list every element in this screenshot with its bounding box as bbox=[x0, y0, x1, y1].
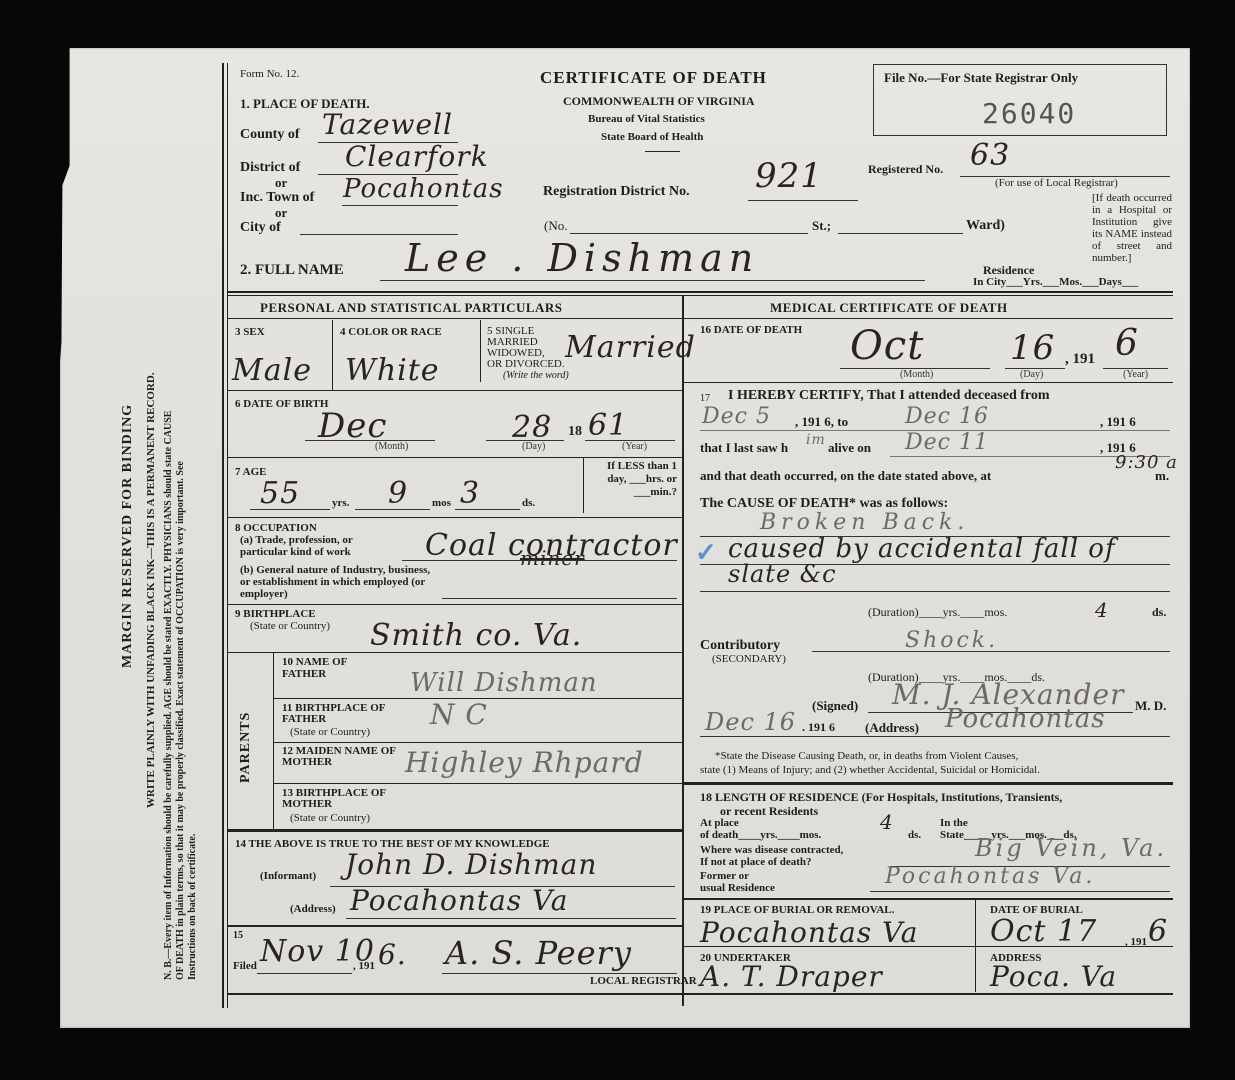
section-divider bbox=[684, 898, 1173, 900]
father-birthplace-sub: (State or Country) bbox=[290, 726, 370, 738]
medical-section-title: MEDICAL CERTIFICATE OF DEATH bbox=[770, 300, 1008, 316]
sex-value: Male bbox=[232, 353, 312, 388]
occupation-line bbox=[402, 560, 677, 561]
filed-label: Filed bbox=[233, 960, 257, 972]
year-caption: (Year) bbox=[1123, 369, 1148, 380]
duration-days: 4 bbox=[1095, 598, 1109, 622]
ds-label: ds. bbox=[522, 497, 535, 509]
street-line bbox=[570, 233, 808, 234]
signed-label: (Signed) bbox=[812, 698, 858, 714]
divider bbox=[228, 318, 682, 319]
father-value: Will Dishman bbox=[410, 668, 598, 698]
burial-place-label: 19 PLACE OF BURIAL OR REMOVAL. bbox=[700, 904, 894, 916]
informant-address-line bbox=[346, 918, 676, 919]
alive-on-label: alive on bbox=[828, 440, 871, 456]
contributory-line bbox=[812, 651, 1170, 652]
certify-statement: I HEREBY CERTIFY, That I attended deceas… bbox=[728, 388, 1050, 404]
length-of-residence-label: 18 LENGTH OF RESIDENCE (For Hospitals, I… bbox=[700, 790, 1062, 805]
birthplace-value: Smith co. Va. bbox=[370, 618, 582, 653]
town-label: Inc. Town of bbox=[240, 190, 314, 206]
margin-nb-line2: OF DEATH in plain terms, so that it may … bbox=[175, 461, 186, 980]
age-days: 3 bbox=[460, 476, 480, 511]
death-certificate: MARGIN RESERVED FOR BINDING WRITE PLAINL… bbox=[60, 48, 1190, 1028]
ward-label: Ward) bbox=[966, 218, 1005, 234]
age-months: 9 bbox=[388, 476, 408, 511]
margin-binding-text: MARGIN RESERVED FOR BINDING bbox=[120, 404, 136, 668]
ward-line bbox=[838, 233, 963, 234]
mother-maiden-name-label: 12 MAIDEN NAME OF MOTHER bbox=[282, 746, 402, 768]
undertaker-address-value: Poca. Va bbox=[990, 960, 1117, 993]
divider bbox=[228, 390, 682, 391]
section-divider bbox=[228, 925, 682, 927]
contributory-label: Contributory bbox=[700, 638, 780, 654]
file-number-value: 26040 bbox=[982, 97, 1076, 130]
mos-label: mos bbox=[432, 497, 451, 509]
md-label: M. D. bbox=[1135, 698, 1166, 714]
section-divider bbox=[228, 829, 682, 832]
reg-district-line bbox=[748, 200, 858, 201]
burial-year: 6 bbox=[1148, 914, 1168, 949]
dob-month-line bbox=[305, 440, 435, 441]
divider bbox=[228, 517, 682, 518]
section-divider bbox=[684, 993, 1173, 995]
cause-of-death-line1: Broken Back. bbox=[760, 510, 969, 535]
date-of-death-label: 16 DATE OF DEATH bbox=[700, 324, 802, 336]
mother-maiden-name-value: Highley Rhpard bbox=[405, 746, 644, 779]
informant-label: (Informant) bbox=[260, 870, 316, 882]
date-of-death-year: 6 bbox=[1115, 323, 1139, 364]
cause-line bbox=[700, 591, 1170, 592]
margin-write-plainly: WRITE PLAINLY WITH UNFADING BLACK INK—TH… bbox=[145, 372, 157, 808]
local-registrar-note: (For use of Local Registrar) bbox=[995, 177, 1118, 189]
occupation-struck-value: miner bbox=[520, 546, 585, 570]
certificate-title: CERTIFICATE OF DEATH bbox=[540, 68, 767, 88]
dob-year: 61 bbox=[588, 408, 628, 443]
full-name-line bbox=[380, 280, 925, 281]
footnote-line1: *State the Disease Causing Death, or, in… bbox=[715, 750, 1018, 762]
district-label: District of bbox=[240, 160, 300, 176]
less-than-day-label: If LESS than 1 day, ___hrs. or ___min.? bbox=[595, 460, 677, 499]
month-caption: (Month) bbox=[900, 369, 933, 380]
county-value: Tazewell bbox=[322, 108, 453, 141]
section-divider bbox=[228, 291, 1173, 293]
town-line bbox=[342, 205, 458, 206]
divider bbox=[228, 604, 682, 605]
filed-year: 6. bbox=[378, 938, 407, 971]
bureau-label: Bureau of Vital Statistics bbox=[588, 113, 705, 125]
district-value: Clearfork bbox=[345, 140, 489, 173]
item-number-17: 17 bbox=[700, 393, 710, 404]
at-place-of-death-label: At place of death____yrs.____mos. bbox=[700, 817, 821, 841]
divider bbox=[684, 946, 1173, 947]
contributory-value: Shock. bbox=[905, 628, 998, 653]
section-divider bbox=[228, 993, 682, 995]
section-divider bbox=[684, 782, 1173, 785]
occupation-label: 8 OCCUPATION bbox=[235, 522, 317, 534]
divider bbox=[273, 742, 682, 743]
divider bbox=[684, 318, 1173, 319]
former-residence-line bbox=[870, 891, 1170, 892]
local-registrar-label: LOCAL REGISTRAR bbox=[590, 975, 697, 987]
personal-section-title: PERSONAL AND STATISTICAL PARTICULARS bbox=[260, 300, 563, 316]
file-number-label: File No.—For State Registrar Only bbox=[884, 70, 1078, 86]
form-number: Form No. 12. bbox=[240, 68, 299, 80]
divider bbox=[228, 457, 682, 458]
birthplace-label: 9 BIRTHPLACE bbox=[235, 608, 316, 620]
reg-district-value: 921 bbox=[755, 156, 823, 196]
item-number-15: 15 bbox=[233, 930, 243, 941]
duration-label: (Duration)____yrs.____mos. bbox=[868, 605, 1007, 620]
or-label: or bbox=[275, 175, 287, 191]
age-years: 55 bbox=[260, 476, 300, 511]
father-birthplace-label: 11 BIRTHPLACE OF FATHER bbox=[282, 703, 402, 725]
race-label: 4 COLOR OR RACE bbox=[340, 326, 442, 338]
residence-detail: In City___Yrs.___Mos.___Days___ bbox=[973, 276, 1138, 288]
physician-address-value: Pocahontas bbox=[945, 704, 1106, 734]
age-days-line bbox=[455, 509, 520, 510]
attended-from-year: , 191 6, to bbox=[795, 414, 848, 430]
sex-label: 3 SEX bbox=[235, 326, 265, 338]
ds-label: ds. bbox=[908, 829, 921, 841]
city-line bbox=[300, 234, 458, 235]
board-label: State Board of Health bbox=[601, 131, 703, 143]
disease-contracted-label: Where was disease contracted, If not at … bbox=[700, 844, 843, 868]
border-left-inner bbox=[227, 63, 228, 1008]
cause-of-death-line3: slate &c bbox=[728, 560, 837, 588]
mother-birthplace-sub: (State or Country) bbox=[290, 812, 370, 824]
parents-side-label: PARENTS bbox=[238, 712, 254, 783]
father-label: 10 NAME OF FATHER bbox=[282, 656, 362, 680]
file-number-box: File No.—For State Registrar Only 26040 bbox=[873, 64, 1167, 136]
local-registrar-signature: A. S. Peery bbox=[445, 934, 632, 972]
signed-date-line bbox=[700, 736, 1170, 737]
marital-value: Married bbox=[565, 330, 696, 365]
divider bbox=[228, 652, 682, 653]
race-value: White bbox=[345, 353, 440, 388]
age-years-line bbox=[250, 509, 330, 510]
former-residence-value: Pocahontas Va. bbox=[885, 864, 1095, 889]
yrs-label: yrs. bbox=[332, 497, 349, 509]
or-label: or bbox=[275, 205, 287, 221]
signed-date: Dec 16 bbox=[705, 708, 796, 736]
street-no-label: (No. bbox=[544, 218, 567, 234]
registrar-line bbox=[442, 973, 677, 974]
registered-no-value: 63 bbox=[970, 138, 1010, 173]
secondary-label: (SECONDARY) bbox=[712, 653, 786, 665]
commonwealth-label: COMMONWEALTH OF VIRGINIA bbox=[563, 94, 755, 109]
attended-to-date: Dec 16 bbox=[905, 404, 989, 429]
informant-address-label: (Address) bbox=[290, 903, 336, 915]
dob-label: 6 DATE OF BIRTH bbox=[235, 398, 328, 410]
divider bbox=[645, 151, 680, 152]
marital-note: (Write the word) bbox=[503, 370, 569, 381]
marital-label: 5 SINGLE MARRIED WIDOWED, OR DIVORCED. bbox=[487, 326, 565, 370]
day-caption: (Day) bbox=[1020, 369, 1043, 380]
divider bbox=[273, 652, 274, 830]
birthplace-sub: (State or Country) bbox=[250, 620, 330, 632]
filed-date-line bbox=[257, 973, 352, 974]
margin-nb-line1: N. B.—Every item of Information should b… bbox=[163, 411, 174, 980]
section-divider bbox=[228, 295, 1173, 296]
registered-no-label: Registered No. bbox=[868, 162, 943, 177]
border-left bbox=[222, 63, 224, 1008]
county-label: County of bbox=[240, 127, 300, 143]
at-place-days: 4 bbox=[880, 810, 894, 834]
full-name-label: 2. FULL NAME bbox=[240, 262, 344, 279]
last-saw-label: that I last saw h bbox=[700, 440, 788, 456]
month-caption: (Month) bbox=[375, 441, 408, 452]
reg-district-label: Registration District No. bbox=[543, 184, 690, 200]
hospital-note: [If death occurred in a Hospital or Inst… bbox=[1092, 192, 1172, 264]
death-time-label: and that death occurred, on the date sta… bbox=[700, 468, 991, 484]
disease-contracted-value: Big Vein, Va. bbox=[975, 834, 1167, 862]
signed-year: . 191 6 bbox=[802, 720, 835, 735]
divider bbox=[273, 783, 682, 784]
burial-place-value: Pocahontas Va bbox=[700, 916, 918, 949]
day-caption: (Day) bbox=[522, 441, 545, 452]
margin-nb-line3: Instructions on back of certificate. bbox=[187, 834, 198, 980]
divider bbox=[684, 382, 1173, 383]
industry-line bbox=[442, 598, 677, 599]
burial-date-value: Oct 17 bbox=[990, 914, 1097, 949]
town-value: Pocahontas bbox=[343, 174, 504, 204]
former-residence-label: Former or usual Residence bbox=[700, 870, 775, 894]
father-birthplace-value: N C bbox=[430, 698, 488, 731]
divider bbox=[332, 320, 333, 390]
street-label: St.; bbox=[812, 218, 831, 234]
divider bbox=[583, 458, 584, 513]
dod-year-prefix: , 191 bbox=[1065, 351, 1095, 368]
full-name-value: Lee . Dishman bbox=[405, 236, 759, 280]
last-saw-date: Dec 11 bbox=[905, 430, 989, 455]
occupation-a-label: (a) Trade, profession, or particular kin… bbox=[240, 534, 400, 558]
ds-label: ds. bbox=[1152, 605, 1166, 620]
informant-address-value: Pocahontas Va bbox=[350, 884, 568, 917]
physician-address-label: (Address) bbox=[865, 720, 919, 736]
undertaker-value: A. T. Draper bbox=[700, 960, 883, 993]
death-time-suffix: m. bbox=[1155, 468, 1169, 484]
attended-to-year: , 191 6 bbox=[1100, 414, 1136, 430]
filed-year-prefix: , 191 bbox=[353, 960, 375, 972]
age-months-line bbox=[355, 509, 430, 510]
last-saw-pronoun: im bbox=[806, 432, 826, 448]
occupation-b-label: (b) General nature of Industry, business… bbox=[240, 564, 440, 600]
year-caption: (Year) bbox=[622, 441, 647, 452]
informant-value: John D. Dishman bbox=[345, 848, 597, 881]
dob-year-prefix: 18 bbox=[568, 424, 582, 440]
date-of-death-month: Oct bbox=[850, 323, 924, 369]
attended-from-date: Dec 5 bbox=[702, 404, 771, 429]
city-label: City of bbox=[240, 220, 281, 236]
footnote-line2: state (1) Means of Injury; and (2) wheth… bbox=[700, 764, 1040, 776]
mother-birthplace-label: 13 BIRTHPLACE OF MOTHER bbox=[282, 788, 402, 810]
divider bbox=[480, 320, 481, 382]
date-of-death-day: 16 bbox=[1010, 328, 1055, 368]
